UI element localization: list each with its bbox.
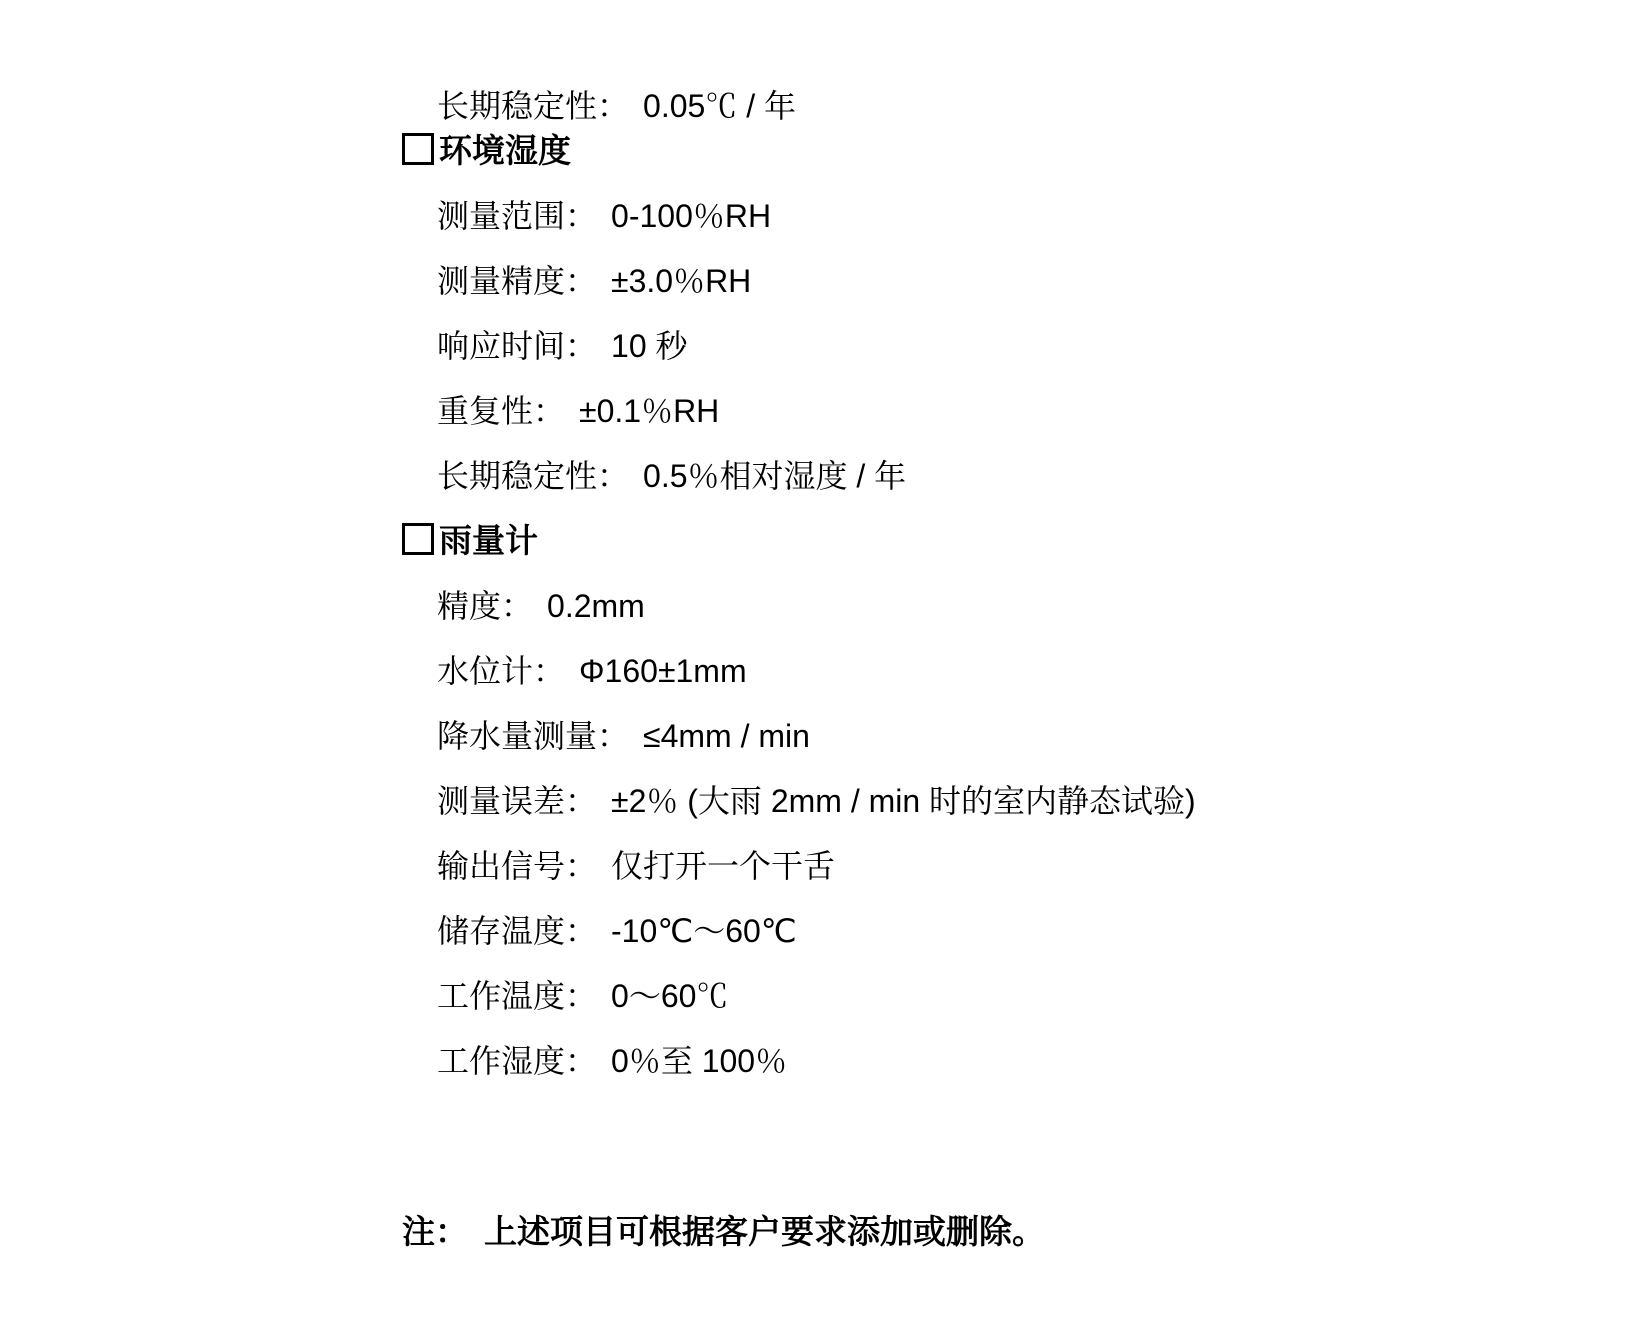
spec-value: ≤4mm / min — [643, 718, 810, 754]
spec-value: 0-100％RH — [611, 198, 771, 234]
spec-value: 0～60℃ — [611, 978, 728, 1014]
spec-label: 降水量测量： — [437, 718, 629, 754]
spec-value: 0.05℃ / 年 — [643, 88, 796, 124]
spec-label: 测量精度： — [437, 263, 597, 299]
spec-line-measure-error: 测量误差：±2％ (大雨 2mm / min 时的室内静态试验) — [0, 783, 1652, 819]
spec-label: 重复性： — [437, 393, 565, 429]
spec-label: 长期稳定性： — [437, 458, 629, 494]
checkbox-icon — [402, 133, 434, 165]
spec-line-measure-range: 测量范围：0-100％RH — [0, 198, 1652, 234]
spec-value: 0.5％相对湿度 / 年 — [643, 458, 906, 494]
spec-line-operating-humidity: 工作湿度：0％至 100％ — [0, 1043, 1652, 1079]
spec-label: 输出信号： — [437, 848, 597, 884]
spec-value: Φ160±1mm — [579, 653, 747, 689]
spec-line-rainfall-measure: 降水量测量：≤4mm / min — [0, 718, 1652, 754]
spec-line-output-signal: 输出信号：仅打开一个干舌 — [0, 848, 1652, 884]
spec-line-water-level-gauge: 水位计：Φ160±1mm — [0, 653, 1652, 689]
spec-value: 0.2mm — [547, 588, 645, 624]
spec-label: 水位计： — [437, 653, 565, 689]
spec-line-long-term-stability-temp: 长期稳定性：0.05℃ / 年 — [0, 88, 1652, 124]
spec-label: 精度： — [437, 588, 533, 624]
section-heading-label: 雨量计 — [439, 522, 538, 559]
spec-value: ±2％ (大雨 2mm / min 时的室内静态试验) — [611, 783, 1196, 819]
spec-value: ±0.1％RH — [579, 393, 719, 429]
spec-label: 测量误差： — [437, 783, 597, 819]
spec-value: ±3.0％RH — [611, 263, 751, 299]
spec-line-measure-accuracy: 测量精度：±3.0％RH — [0, 263, 1652, 299]
spec-value: 仅打开一个干舌 — [611, 848, 835, 884]
checkbox-icon — [402, 523, 434, 555]
spec-label: 储存温度： — [437, 913, 597, 949]
spec-value: 0％至 100％ — [611, 1043, 787, 1079]
spec-line-long-term-stability-rh: 长期稳定性：0.5％相对湿度 / 年 — [0, 458, 1652, 494]
spec-line-precision: 精度：0.2mm — [0, 588, 1652, 624]
note-label: 注： — [402, 1213, 468, 1250]
spec-line-operating-temp: 工作温度：0～60℃ — [0, 978, 1652, 1014]
section-heading-label: 环境湿度 — [439, 132, 571, 169]
spec-value: 10 秒 — [611, 328, 688, 364]
section-heading-rain-gauge: 雨量计 — [0, 523, 1652, 559]
spec-label: 响应时间： — [437, 328, 597, 364]
spec-label: 长期稳定性： — [437, 88, 629, 124]
section-heading-ambient-humidity: 环境湿度 — [0, 133, 1652, 169]
document-page: 长期稳定性：0.05℃ / 年 环境湿度 测量范围：0-100％RH 测量精度：… — [0, 0, 1652, 1320]
spec-line-repeatability: 重复性：±0.1％RH — [0, 393, 1652, 429]
spec-line-response-time: 响应时间：10 秒 — [0, 328, 1652, 364]
note-line: 注：上述项目可根据客户要求添加或删除。 — [0, 1214, 1652, 1250]
spec-label: 工作温度： — [437, 978, 597, 1014]
spec-line-storage-temp: 储存温度：-10℃～60℃ — [0, 913, 1652, 949]
spec-label: 工作湿度： — [437, 1043, 597, 1079]
spec-value: -10℃～60℃ — [611, 913, 797, 949]
note-text: 上述项目可根据客户要求添加或删除。 — [484, 1213, 1045, 1250]
spec-label: 测量范围： — [437, 198, 597, 234]
